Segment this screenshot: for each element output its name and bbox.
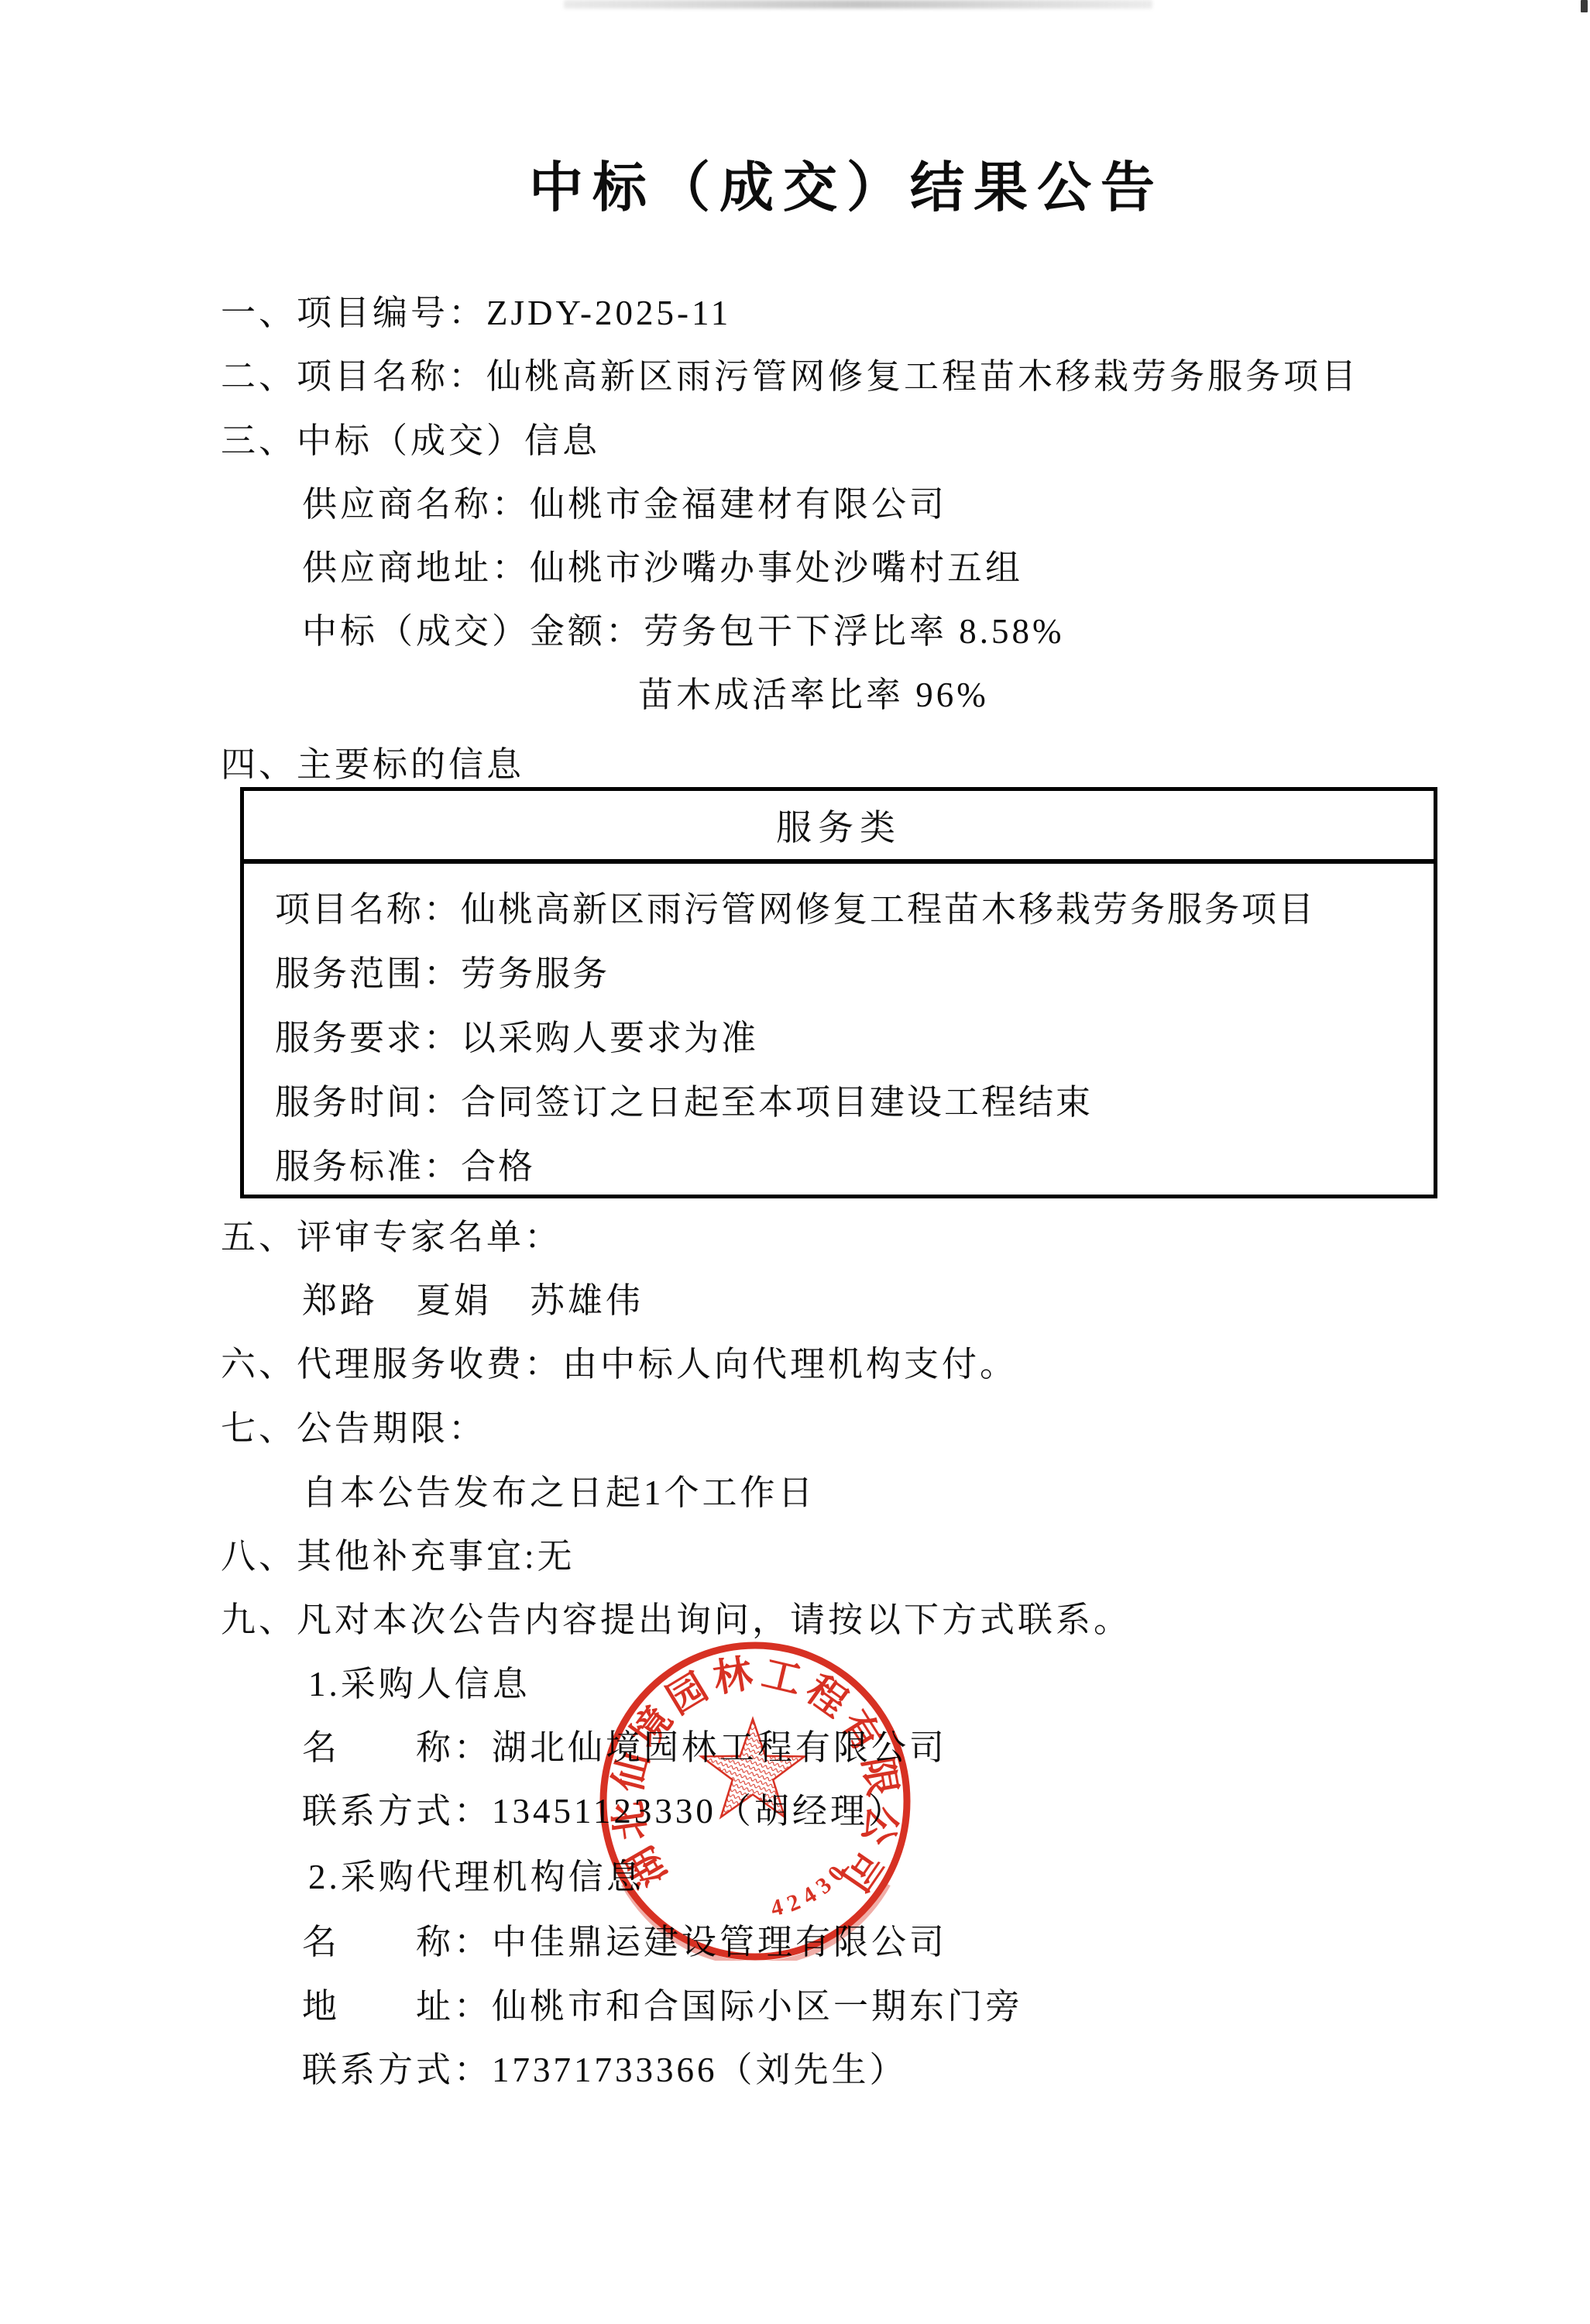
agent-heading: 2.采购代理机构信息 [308, 1855, 644, 1899]
scan-corner-mark [1581, 0, 1588, 12]
table-header-service-class: 服务类 [244, 791, 1434, 864]
supplier-address: 供应商地址：仙桃市沙嘴办事处沙嘴村五组 [302, 545, 1023, 590]
item-award-info: 三、中标（成交）信息 [221, 418, 600, 463]
agent-address: 地 址：仙桃市和合国际小区一期东门旁 [302, 1984, 1023, 2029]
item-expert-list: 五、评审专家名单： [221, 1215, 562, 1260]
table-row-project-name: 项目名称：仙桃高新区雨污管网修复工程苗木移栽劳务服务项目 [275, 878, 1418, 942]
buyer-heading: 1.采购人信息 [308, 1662, 531, 1707]
survival-rate: 苗木成活率比率 96% [638, 672, 989, 717]
supplier-name: 供应商名称：仙桃市金福建材有限公司 [302, 482, 947, 527]
page-title: 中标（成交）结果公告 [529, 144, 1164, 222]
seal-serial-number: 42430 [768, 1855, 854, 1921]
announcement-page: 中标（成交）结果公告 一、项目编号：ZJDY-2025-11 二、项目名称：仙桃… [0, 0, 1590, 2324]
table-body: 项目名称：仙桃高新区雨污管网修复工程苗木移栽劳务服务项目 服务范围：劳务服务 服… [244, 864, 1434, 1199]
award-amount: 中标（成交）金额：劳务包干下浮比率 8.58% [302, 609, 1065, 654]
seal-serial-holder: 42430 [768, 1855, 854, 1921]
item-subject-info: 四、主要标的信息 [221, 742, 524, 787]
item-contact-intro: 九、凡对本次公告内容提出询问，请按以下方式联系。 [221, 1597, 1132, 1642]
item-project-number: 一、项目编号：ZJDY-2025-11 [221, 290, 731, 335]
agent-contact: 联系方式：17371733366（刘先生） [302, 2047, 908, 2092]
seal-star-icon [701, 1719, 804, 1817]
table-row-service-require: 服务要求：以采购人要求为准 [275, 1006, 1418, 1071]
notice-period: 自本公告发布之日起1个工作日 [302, 1470, 816, 1515]
company-seal: 湖北仙境园林工程有限公司 42430 [599, 1642, 911, 1961]
item-other-matters: 八、其他补充事宜:无 [221, 1534, 575, 1579]
item-agency-fee: 六、代理服务收费：由中标人向代理机构支付。 [221, 1342, 1018, 1387]
subject-info-table: 服务类 项目名称：仙桃高新区雨污管网修复工程苗木移栽劳务服务项目 服务范围：劳务… [240, 787, 1437, 1198]
table-row-service-standard: 服务标准：合格 [275, 1135, 1418, 1199]
table-row-service-time: 服务时间：合同签订之日起至本项目建设工程结束 [275, 1071, 1418, 1135]
item-project-name: 二、项目名称：仙桃高新区雨污管网修复工程苗木移栽劳务服务项目 [221, 354, 1359, 399]
expert-names: 郑路 夏娟 苏雄伟 [302, 1278, 644, 1323]
table-row-service-scope: 服务范围：劳务服务 [275, 942, 1418, 1006]
scan-top-artifact [564, 0, 1152, 9]
item-notice-term: 七、公告期限： [221, 1406, 486, 1451]
